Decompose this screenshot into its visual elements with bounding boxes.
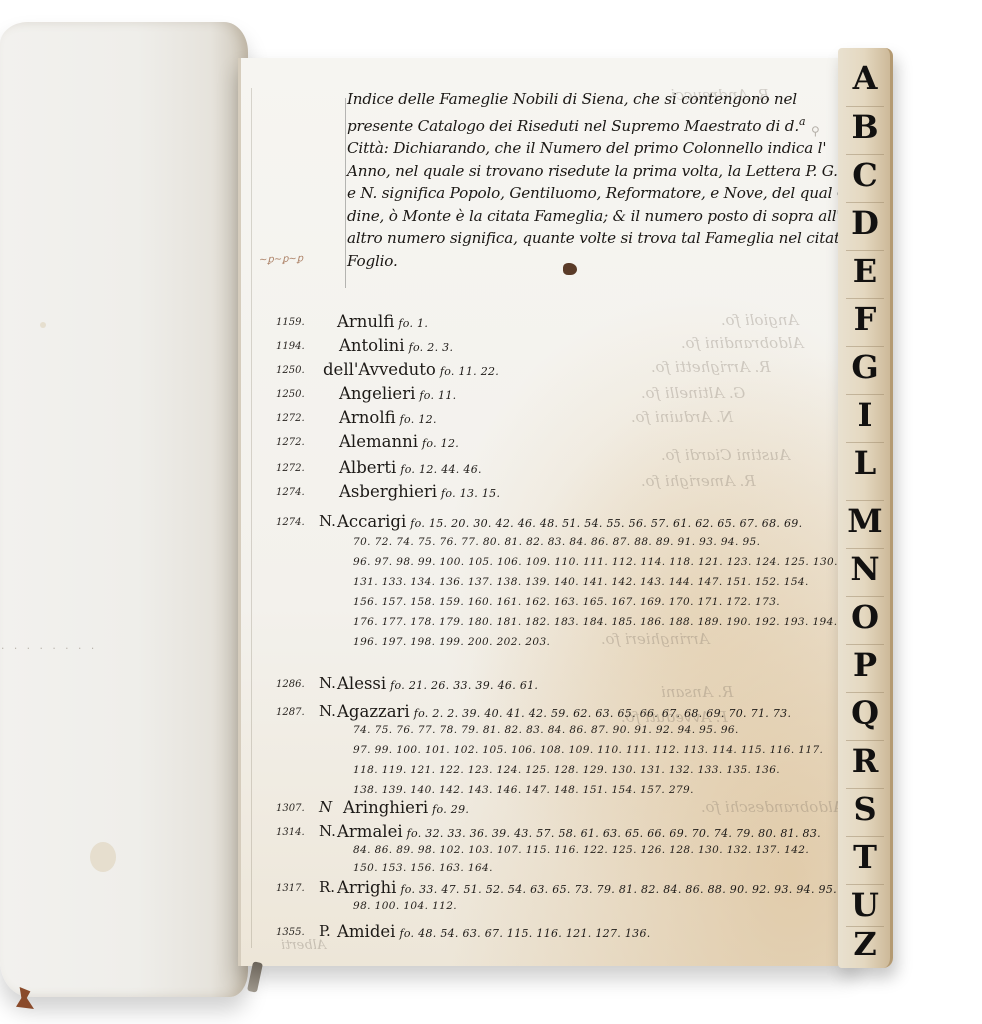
entry-folios: fo. 12.: [400, 413, 437, 426]
entry-folios-continued: 176. 177. 178. 179. 180. 181. 182. 183. …: [353, 616, 866, 628]
left-page: . . . . . . . .: [0, 22, 248, 997]
intro-line: Foglio.: [347, 250, 837, 273]
thumb-tab-c[interactable]: C: [846, 154, 884, 195]
ink-stain: [16, 987, 34, 1009]
thumb-tab-t[interactable]: T: [846, 836, 884, 877]
entry-folios: fo. 12. 44. 46.: [400, 463, 481, 476]
entry-family-name: Alemannifo. 12.: [339, 432, 459, 451]
entry-family-name: Arrighifo. 33. 47. 51. 52. 54. 63. 65. 7…: [337, 878, 837, 897]
entry-year: 1314.: [276, 827, 305, 838]
bleed-through-text: G. Altinelli fo.: [641, 384, 745, 402]
entry-order-letter: R.: [319, 878, 335, 896]
entry-family-name: Angelierifo. 11.: [339, 384, 456, 403]
bleed-through-text: R. Amerighi fo.: [641, 472, 756, 490]
thumb-tab-e[interactable]: E: [846, 250, 884, 291]
entry-family-name: Albertifo. 12. 44. 46.: [339, 458, 482, 477]
entry-family-name: Arnulfifo. 1.: [337, 312, 428, 331]
entry-folios: fo. 29.: [432, 803, 469, 816]
intro-line: e N. significa Popolo, Gentiluomo, Refor…: [347, 182, 837, 205]
thumb-tab-b[interactable]: B: [846, 106, 884, 147]
intro-line: altro numero significa, quante volte si …: [347, 227, 837, 250]
entry-folios: fo. 2. 2. 39. 40. 41. 42. 59. 62. 63. 65…: [414, 707, 792, 720]
entry-folios: fo. 21. 26. 33. 39. 46. 61.: [390, 679, 538, 692]
entry-folios-continued: 131. 133. 134. 136. 137. 138. 139. 140. …: [353, 576, 809, 588]
entry-folios: fo. 12.: [422, 437, 459, 450]
marginal-note: ~ꝑ~ꝑ~ꝑ: [259, 253, 304, 266]
thumb-tab-l[interactable]: L: [846, 442, 884, 483]
entry-year: 1159.: [276, 317, 305, 328]
entry-family-name: Accarigifo. 15. 20. 30. 42. 46. 48. 51. …: [337, 512, 802, 531]
entry-folios: fo. 11. 22.: [440, 365, 499, 378]
entry-year: 1355.: [276, 927, 305, 938]
entry-folios-continued: 150. 153. 156. 163. 164.: [353, 862, 493, 874]
entry-folios-continued: 156. 157. 158. 159. 160. 161. 162. 163. …: [353, 596, 780, 608]
bleed-through-text: N. Arduini fo.: [631, 408, 733, 426]
entry-family-name: Asberghierifo. 13. 15.: [339, 482, 500, 501]
entry-folios-continued: 196. 197. 198. 199. 200. 202. 203.: [353, 636, 550, 648]
entry-folios: fo. 13. 15.: [441, 487, 500, 500]
thumb-tab-m[interactable]: M: [846, 500, 884, 541]
intro-line-text: presente Catalogo dei Riseduti nel Supre…: [347, 117, 799, 135]
entry-folios-continued: 98. 100. 104. 112.: [353, 900, 457, 912]
foxing-spot: [40, 322, 46, 328]
entry-year: 1287.: [276, 707, 305, 718]
binding-string: [247, 961, 263, 992]
entry-folios: fo. 1.: [398, 317, 428, 330]
bleed-through-text: R. Ansani: [661, 683, 733, 701]
entry-year: 1272.: [276, 463, 305, 474]
bleed-through-text: Angioli fo.: [721, 311, 798, 329]
intro-line: presente Catalogo dei Riseduti nel Supre…: [347, 111, 837, 138]
entry-year: 1250.: [276, 389, 305, 400]
thumb-tab-a[interactable]: A: [846, 58, 884, 98]
entry-family-name: Armaleifo. 32. 33. 36. 39. 43. 57. 58. 6…: [337, 822, 821, 841]
entry-year: 1317.: [276, 883, 305, 894]
index-introduction: Indice delle Fameglie Nobili di Siena, c…: [347, 88, 837, 272]
thumb-tab-g[interactable]: G: [846, 346, 884, 387]
entry-family-name: Antolinifo. 2. 3.: [339, 336, 453, 355]
entry-folios: fo. 15. 20. 30. 42. 46. 48. 51. 54. 55. …: [410, 517, 802, 530]
entry-order-letter: N.: [319, 822, 336, 840]
left-page-faint-marks: . . . . . . . .: [0, 642, 96, 652]
foxing-spot: [90, 842, 116, 872]
intro-line: Indice delle Fameglie Nobili di Siena, c…: [347, 88, 837, 111]
entry-order-letter: N.: [319, 512, 336, 530]
entry-year: 1274.: [276, 517, 305, 528]
thumb-tab-s[interactable]: S: [846, 788, 884, 829]
entry-folios: fo. 32. 33. 36. 39. 43. 57. 58. 61. 63. …: [407, 827, 821, 840]
entry-folios-continued: 96. 97. 98. 99. 100. 105. 106. 109. 110.…: [353, 556, 838, 568]
margin-rule: [345, 98, 346, 288]
entry-folios: fo. 2. 3.: [409, 341, 454, 354]
entry-year: 1250.: [276, 365, 305, 376]
entry-folios-continued: 118. 119. 121. 122. 123. 124. 125. 128. …: [353, 764, 780, 776]
intro-line: Anno, nel quale si trovano risedute la p…: [347, 160, 837, 183]
entry-year: 1272.: [276, 413, 305, 424]
entry-family-name: dell'Avvedutofo. 11. 22.: [323, 360, 499, 379]
entry-folios-continued: 84. 86. 89. 98. 102. 103. 107. 115. 116.…: [353, 844, 809, 856]
ink-blot: [563, 263, 577, 275]
entry-folios-continued: 70. 72. 74. 75. 76. 77. 80. 81. 82. 83. …: [353, 536, 760, 548]
entry-folios: fo. 33. 47. 51. 52. 54. 63. 65. 73. 79. …: [400, 883, 837, 896]
entry-folios: fo. 48. 54. 63. 67. 115. 116. 121. 127. …: [399, 927, 650, 940]
thumb-tab-u[interactable]: U: [846, 884, 884, 925]
superscript: a: [799, 115, 805, 128]
thumb-tab-o[interactable]: O: [846, 596, 884, 637]
entry-family-name: Arnolfifo. 12.: [339, 408, 437, 427]
entry-family-name: Agazzarifo. 2. 2. 39. 40. 41. 42. 59. 62…: [337, 702, 791, 721]
bleed-through-text: Aldobrandini fo.: [681, 334, 803, 352]
entry-year: 1194.: [276, 341, 305, 352]
entry-order-letter: N: [319, 798, 332, 816]
thumb-index: A B C D E F G I L M N O P Q R S T U Z: [838, 48, 893, 968]
entry-family-name: Alessifo. 21. 26. 33. 39. 46. 61.: [337, 674, 538, 693]
entry-folios: fo. 11.: [419, 389, 456, 402]
thumb-tab-f[interactable]: F: [846, 298, 884, 339]
entry-folios-continued: 74. 75. 76. 77. 78. 79. 81. 82. 83. 84. …: [353, 724, 739, 736]
entry-order-letter: N.: [319, 702, 336, 720]
gutter-line: [251, 88, 252, 948]
entry-folios-continued: 97. 99. 100. 101. 102. 105. 106. 108. 10…: [353, 744, 823, 756]
entry-year: 1286.: [276, 679, 305, 690]
thumb-tab-n[interactable]: N: [846, 548, 884, 589]
bleed-through-footer: Alberti: [281, 938, 326, 953]
entry-year: 1274.: [276, 487, 305, 498]
entry-year: 1307.: [276, 803, 305, 814]
thumb-tab-d[interactable]: D: [846, 202, 884, 243]
thumb-tab-r[interactable]: R: [846, 740, 884, 781]
bleed-through-text: Austini Ciardi fo.: [661, 446, 790, 464]
entry-family-name: Aringhierifo. 29.: [343, 798, 469, 817]
entry-order-letter: P.: [319, 922, 331, 940]
thumb-tab-q[interactable]: Q: [846, 692, 884, 733]
thumb-tab-i[interactable]: I: [846, 394, 884, 435]
intro-line: Città: Dichiarando, che il Numero del pr…: [347, 137, 837, 160]
entry-order-letter: N.: [319, 674, 336, 692]
bleed-through-text: R. Arrighetti fo.: [651, 358, 771, 376]
bleed-through-text: Arringhieri fo.: [601, 630, 709, 648]
entry-folios-continued: 138. 139. 140. 142. 143. 146. 147. 148. …: [353, 784, 694, 796]
intro-line: dine, ò Monte è la citata Fameglia; & il…: [347, 205, 837, 228]
thumb-tab-z[interactable]: Z: [846, 926, 884, 961]
right-page: ⚲ R. Andreucci Angioli fo. Aldobrandini …: [238, 58, 853, 966]
thumb-tab-p[interactable]: P: [846, 644, 884, 685]
entry-year: 1272.: [276, 437, 305, 448]
entry-family-name: Amideifo. 48. 54. 63. 67. 115. 116. 121.…: [337, 922, 651, 941]
